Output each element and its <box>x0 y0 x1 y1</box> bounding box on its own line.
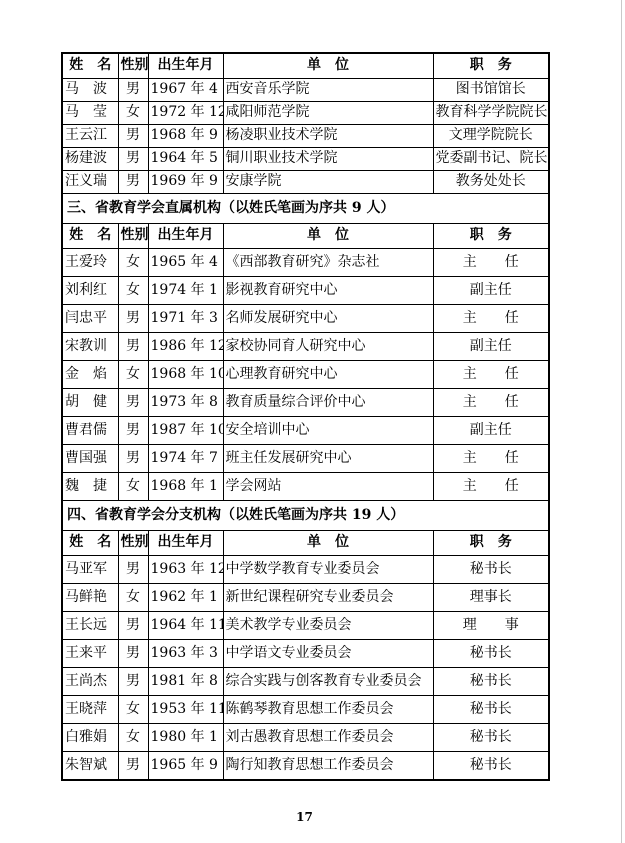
name-cell: 马亚军 <box>62 556 118 584</box>
birth-cell: 1980 年 1 月 <box>148 724 223 752</box>
column-header-name-cell: 姓 名 <box>62 224 118 249</box>
position-cell: 主 任 <box>433 305 549 333</box>
gender-cell: 女 <box>118 102 148 125</box>
name-cell: 魏 捷 <box>62 473 118 501</box>
name-cell: 白雅娟 <box>62 724 118 752</box>
column-header-row: 姓 名性别出生年月单 位职 务 <box>62 531 549 556</box>
table-row: 宋教训男1986 年 12 月家校协同育人研究中心副主任 <box>62 333 549 361</box>
unit-cell: 西安音乐学院 <box>223 79 433 102</box>
position-cell: 图书馆馆长 <box>433 79 549 102</box>
gender-cell: 男 <box>118 305 148 333</box>
unit-cell: 综合实践与创客教育专业委员会 <box>223 668 433 696</box>
section-title: 四、省教育学会分支机构（以姓氏笔画为序共 19 人） <box>62 501 549 531</box>
table-row: 马 波男1967 年 4 月西安音乐学院图书馆馆长 <box>62 79 549 102</box>
column-header-birth-cell: 出生年月 <box>148 53 223 79</box>
position-cell: 副主任 <box>433 277 549 305</box>
unit-cell: 咸阳师范学院 <box>223 102 433 125</box>
roster-table: 姓 名性别出生年月单 位职 务马 波男1967 年 4 月西安音乐学院图书馆馆长… <box>61 52 550 781</box>
unit-cell: 影视教育研究中心 <box>223 277 433 305</box>
gender-cell: 女 <box>118 724 148 752</box>
unit-cell: 名师发展研究中心 <box>223 305 433 333</box>
unit-cell: 美术教学专业委员会 <box>223 612 433 640</box>
unit-cell: 学会网站 <box>223 473 433 501</box>
birth-cell: 1973 年 8 月 <box>148 389 223 417</box>
unit-cell: 安全培训中心 <box>223 417 433 445</box>
birth-cell: 1974 年 1 月 <box>148 277 223 305</box>
name-cell: 王爱玲 <box>62 249 118 277</box>
column-header-position-cell: 职 务 <box>433 224 549 249</box>
column-header-gender-cell: 性别 <box>118 531 148 556</box>
table-row: 马 莹女1972 年 12 月咸阳师范学院教育科学学院院长 <box>62 102 549 125</box>
name-cell: 王长远 <box>62 612 118 640</box>
table-row: 闫忠平男1971 年 3 月名师发展研究中心主 任 <box>62 305 549 333</box>
unit-cell: 《西部教育研究》杂志社 <box>223 249 433 277</box>
unit-cell: 心理教育研究中心 <box>223 361 433 389</box>
name-cell: 杨建波 <box>62 148 118 171</box>
table-row: 王云江男1968 年 9 月杨凌职业技术学院文理学院院长 <box>62 125 549 148</box>
birth-cell: 1968 年 1 月 <box>148 473 223 501</box>
unit-cell: 安康学院 <box>223 171 433 194</box>
name-cell: 宋教训 <box>62 333 118 361</box>
position-cell: 副主任 <box>433 333 549 361</box>
position-cell: 文理学院院长 <box>433 125 549 148</box>
position-cell: 理 事 <box>433 612 549 640</box>
name-cell: 朱智斌 <box>62 752 118 781</box>
table-row: 曹君儒男1987 年 10 月安全培训中心副主任 <box>62 417 549 445</box>
table-row: 刘利红女1974 年 1 月影视教育研究中心副主任 <box>62 277 549 305</box>
section-title: 三、省教育学会直属机构（以姓氏笔画为序共 9 人） <box>62 194 549 224</box>
column-header-unit-cell: 单 位 <box>223 53 433 79</box>
birth-cell: 1964 年 5 月 <box>148 148 223 171</box>
name-cell: 胡 健 <box>62 389 118 417</box>
position-cell: 主 任 <box>433 249 549 277</box>
position-cell: 秘书长 <box>433 752 549 781</box>
birth-cell: 1965 年 4 月 <box>148 249 223 277</box>
birth-cell: 1974 年 7 月 <box>148 445 223 473</box>
unit-cell: 家校协同育人研究中心 <box>223 333 433 361</box>
gender-cell: 女 <box>118 696 148 724</box>
position-cell: 主 任 <box>433 361 549 389</box>
unit-cell: 班主任发展研究中心 <box>223 445 433 473</box>
position-cell: 主 任 <box>433 445 549 473</box>
name-cell: 汪义瑞 <box>62 171 118 194</box>
gender-cell: 男 <box>118 171 148 194</box>
column-header-name-cell: 姓 名 <box>62 531 118 556</box>
table-row: 王晓萍女1953 年 11 月陈鹤琴教育思想工作委员会秘书长 <box>62 696 549 724</box>
position-cell: 主 任 <box>433 473 549 501</box>
gender-cell: 男 <box>118 752 148 781</box>
position-cell: 教务处处长 <box>433 171 549 194</box>
gender-cell: 男 <box>118 612 148 640</box>
unit-cell: 新世纪课程研究专业委员会 <box>223 584 433 612</box>
birth-cell: 1963 年 3 月 <box>148 640 223 668</box>
gender-cell: 男 <box>118 148 148 171</box>
gender-cell: 男 <box>118 417 148 445</box>
birth-cell: 1967 年 4 月 <box>148 79 223 102</box>
column-header-row: 姓 名性别出生年月单 位职 务 <box>62 224 549 249</box>
name-cell: 金 焰 <box>62 361 118 389</box>
gender-cell: 男 <box>118 333 148 361</box>
gender-cell: 女 <box>118 277 148 305</box>
name-cell: 刘利红 <box>62 277 118 305</box>
gender-cell: 女 <box>118 473 148 501</box>
birth-cell: 1965 年 9 月 <box>148 752 223 781</box>
table-row: 金 焰女1968 年 10 月心理教育研究中心主 任 <box>62 361 549 389</box>
birth-cell: 1964 年 11 月 <box>148 612 223 640</box>
position-cell: 党委副书记、院长 <box>433 148 549 171</box>
column-header-birth-cell: 出生年月 <box>148 531 223 556</box>
position-cell: 主 任 <box>433 389 549 417</box>
table-row: 王长远男1964 年 11 月美术教学专业委员会理 事 <box>62 612 549 640</box>
gender-cell: 男 <box>118 556 148 584</box>
column-header-birth-cell: 出生年月 <box>148 224 223 249</box>
name-cell: 曹国强 <box>62 445 118 473</box>
name-cell: 曹君儒 <box>62 417 118 445</box>
position-cell: 秘书长 <box>433 668 549 696</box>
birth-cell: 1971 年 3 月 <box>148 305 223 333</box>
table-row: 魏 捷女1968 年 1 月学会网站主 任 <box>62 473 549 501</box>
position-cell: 副主任 <box>433 417 549 445</box>
roster-table-body: 姓 名性别出生年月单 位职 务马 波男1967 年 4 月西安音乐学院图书馆馆长… <box>62 53 549 780</box>
table-row: 王尚杰男1981 年 8 月综合实践与创客教育专业委员会秘书长 <box>62 668 549 696</box>
table-row: 王来平男1963 年 3 月中学语文专业委员会秘书长 <box>62 640 549 668</box>
table-row: 马亚军男1963 年 12 月中学数学教育专业委员会秘书长 <box>62 556 549 584</box>
table-row: 王爱玲女1965 年 4 月《西部教育研究》杂志社主 任 <box>62 249 549 277</box>
gender-cell: 男 <box>118 668 148 696</box>
table-row: 汪义瑞男1969 年 9 月安康学院教务处处长 <box>62 171 549 194</box>
name-cell: 闫忠平 <box>62 305 118 333</box>
column-header-unit-cell: 单 位 <box>223 531 433 556</box>
birth-cell: 1986 年 12 月 <box>148 333 223 361</box>
column-header-unit-cell: 单 位 <box>223 224 433 249</box>
birth-cell: 1972 年 12 月 <box>148 102 223 125</box>
position-cell: 秘书长 <box>433 696 549 724</box>
gender-cell: 女 <box>118 584 148 612</box>
gender-cell: 男 <box>118 640 148 668</box>
document-page: 姓 名性别出生年月单 位职 务马 波男1967 年 4 月西安音乐学院图书馆馆长… <box>0 0 625 843</box>
name-cell: 王尚杰 <box>62 668 118 696</box>
unit-cell: 杨凌职业技术学院 <box>223 125 433 148</box>
table-row: 白雅娟女1980 年 1 月刘古愚教育思想工作委员会秘书长 <box>62 724 549 752</box>
unit-cell: 教育质量综合评价中心 <box>223 389 433 417</box>
position-cell: 秘书长 <box>433 640 549 668</box>
unit-cell: 陶行知教育思想工作委员会 <box>223 752 433 781</box>
column-header-position-cell: 职 务 <box>433 53 549 79</box>
unit-cell: 中学数学教育专业委员会 <box>223 556 433 584</box>
unit-cell: 铜川职业技术学院 <box>223 148 433 171</box>
table-row: 杨建波男1964 年 5 月铜川职业技术学院党委副书记、院长 <box>62 148 549 171</box>
table-row: 朱智斌男1965 年 9 月陶行知教育思想工作委员会秘书长 <box>62 752 549 781</box>
birth-cell: 1987 年 10 月 <box>148 417 223 445</box>
name-cell: 王来平 <box>62 640 118 668</box>
name-cell: 马 波 <box>62 79 118 102</box>
position-cell: 教育科学学院院长 <box>433 102 549 125</box>
position-cell: 秘书长 <box>433 556 549 584</box>
scan-edge-line <box>621 0 622 843</box>
section-title-row: 三、省教育学会直属机构（以姓氏笔画为序共 9 人） <box>62 194 549 224</box>
unit-cell: 陈鹤琴教育思想工作委员会 <box>223 696 433 724</box>
gender-cell: 女 <box>118 361 148 389</box>
birth-cell: 1962 年 1 月 <box>148 584 223 612</box>
birth-cell: 1953 年 11 月 <box>148 696 223 724</box>
unit-cell: 刘古愚教育思想工作委员会 <box>223 724 433 752</box>
birth-cell: 1969 年 9 月 <box>148 171 223 194</box>
birth-cell: 1963 年 12 月 <box>148 556 223 584</box>
position-cell: 秘书长 <box>433 724 549 752</box>
name-cell: 王云江 <box>62 125 118 148</box>
name-cell: 王晓萍 <box>62 696 118 724</box>
gender-cell: 男 <box>118 445 148 473</box>
section-title-row: 四、省教育学会分支机构（以姓氏笔画为序共 19 人） <box>62 501 549 531</box>
column-header-name-cell: 姓 名 <box>62 53 118 79</box>
table-row: 曹国强男1974 年 7 月班主任发展研究中心主 任 <box>62 445 549 473</box>
gender-cell: 男 <box>118 79 148 102</box>
page-number: 17 <box>61 810 548 824</box>
column-header-gender-cell: 性别 <box>118 53 148 79</box>
position-cell: 理事长 <box>433 584 549 612</box>
gender-cell: 男 <box>118 389 148 417</box>
table-row: 胡 健男1973 年 8 月教育质量综合评价中心主 任 <box>62 389 549 417</box>
column-header-position-cell: 职 务 <box>433 531 549 556</box>
name-cell: 马 莹 <box>62 102 118 125</box>
name-cell: 马鲜艳 <box>62 584 118 612</box>
gender-cell: 男 <box>118 125 148 148</box>
birth-cell: 1968 年 9 月 <box>148 125 223 148</box>
column-header-row: 姓 名性别出生年月单 位职 务 <box>62 53 549 79</box>
gender-cell: 女 <box>118 249 148 277</box>
birth-cell: 1981 年 8 月 <box>148 668 223 696</box>
column-header-gender-cell: 性别 <box>118 224 148 249</box>
unit-cell: 中学语文专业委员会 <box>223 640 433 668</box>
table-row: 马鲜艳女1962 年 1 月新世纪课程研究专业委员会理事长 <box>62 584 549 612</box>
birth-cell: 1968 年 10 月 <box>148 361 223 389</box>
